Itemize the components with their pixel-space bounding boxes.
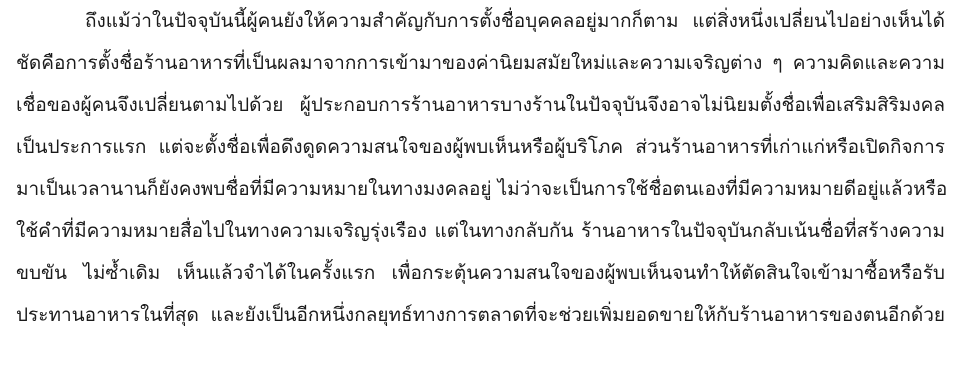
body-paragraph: ถึงแม้ว่าในปัจจุบันนี้ผู้คนยังให้ความสำค… (16, 0, 945, 336)
paragraph-line-2: ชัดคือการตั้งชื่อร้านอาหารที่เป็นผลมาจาก… (16, 42, 945, 84)
paragraph-line-5: มาเป็นเวลานานก็ยังคงพบชื่อที่มีความหมายใ… (16, 168, 945, 210)
paragraph-line-3: เชื่อของผู้คนจึงเปลี่ยนตามไปด้วย ผู้ประก… (16, 84, 945, 126)
paragraph-line-8: ประทานอาหารในที่สุด และยังเป็นอีกหนึ่งกล… (16, 294, 945, 336)
paragraph-line-7: ขบขัน ไม่ซ้ำเดิม เห็นแล้วจำได้ในครั้งแรก… (16, 252, 945, 294)
paragraph-line-1: ถึงแม้ว่าในปัจจุบันนี้ผู้คนยังให้ความสำค… (16, 0, 945, 42)
paragraph-line-6: ใช้คำที่มีความหมายสื่อไปในทางความเจริญรุ… (16, 210, 945, 252)
paragraph-line-4: เป็นประการแรก แต่จะตั้งชื่อเพื่อดึงดูดคว… (16, 126, 945, 168)
